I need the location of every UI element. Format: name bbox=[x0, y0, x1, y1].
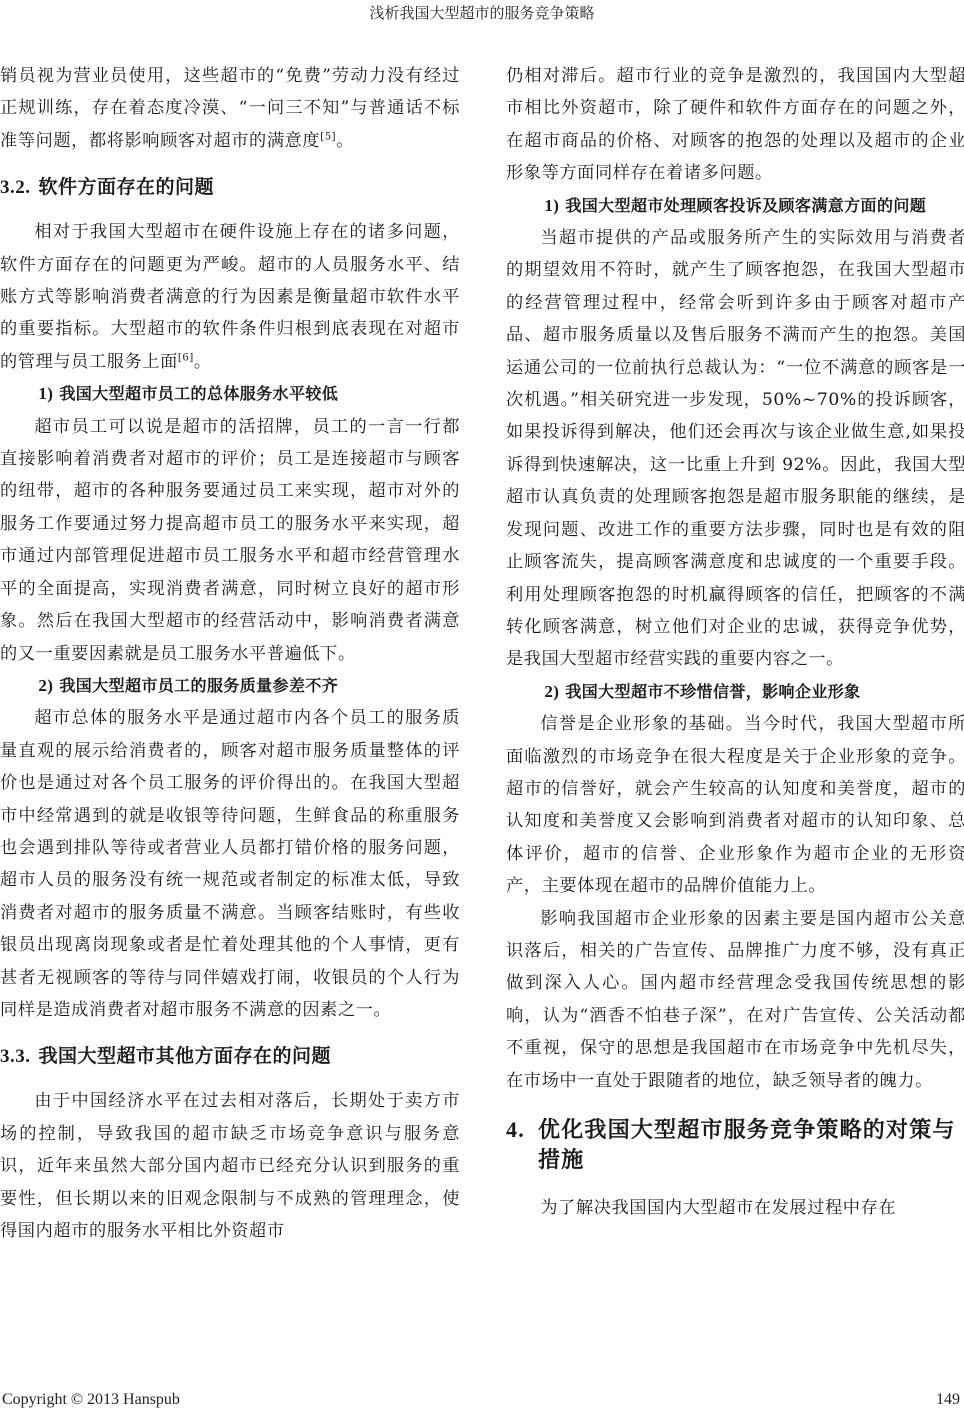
paragraph: 由于中国经济水平在过去相对落后，长期处于卖方市场的控制，导致我国的超市缺乏市场竞… bbox=[0, 1085, 460, 1247]
punctuation: 。 bbox=[336, 131, 354, 151]
section-heading-3-3: 3.3.我国大型超市其他方面存在的问题 bbox=[0, 1042, 460, 1071]
subheading-title: 我国大型超市不珍惜信誉，影响企业形象 bbox=[565, 682, 860, 701]
section-title: 优化我国大型超市服务竞争策略的对策与措施 bbox=[538, 1118, 956, 1173]
subheading-title: 我国大型超市员工的总体服务水平较低 bbox=[59, 384, 338, 403]
subheading-number: 2) bbox=[38, 676, 53, 695]
subheading-number: 1) bbox=[544, 196, 559, 215]
subheading: 1) 我国大型超市处理顾客投诉及顾客满意方面的问题 bbox=[506, 190, 964, 222]
paragraph: 当超市提供的产品或服务所产生的实际效用与消费者的期望效用不符时，就产生了顾客抱怨… bbox=[506, 222, 964, 676]
page-number: 149 bbox=[936, 1391, 960, 1409]
citation-ref[interactable]: [6] bbox=[178, 352, 194, 363]
subheading: 1) 我国大型超市员工的总体服务水平较低 bbox=[0, 378, 460, 410]
section-heading-4: 4.优化我国大型超市服务竞争策略的对策与措施 bbox=[506, 1115, 964, 1176]
citation-ref[interactable]: [5] bbox=[320, 131, 336, 142]
subheading-number: 1) bbox=[38, 384, 53, 403]
paragraph: 仍相对滞后。超市行业的竞争是激烈的，我国国内大型超市相比外资超市，除了硬件和软件… bbox=[506, 60, 964, 190]
paragraph: 销员视为营业员使用，这些超市的“免费”劳动力没有经过正规训练，存在着态度冷漠、“… bbox=[0, 60, 460, 157]
paragraph: 信誉是企业形象的基础。当今时代，我国大型超市所面临激烈的市场竞争在很大程度是关于… bbox=[506, 708, 964, 902]
paragraph-text: 相对于我国大型超市在硬件设施上存在的诸多问题，软件方面存在的问题更为严峻。超市的… bbox=[0, 222, 460, 372]
paragraph: 影响我国超市企业形象的因素主要是国内超市公关意识落后，相关的广告宣传、品牌推广力… bbox=[506, 903, 964, 1097]
punctuation: 。 bbox=[194, 352, 212, 372]
section-title: 软件方面存在的问题 bbox=[39, 176, 215, 198]
running-title: 浅析我国大型超市的服务竞争策略 bbox=[0, 4, 964, 22]
subheading: 2) 我国大型超市不珍惜信誉，影响企业形象 bbox=[506, 676, 964, 708]
section-number: 3.3. bbox=[0, 1046, 31, 1067]
paragraph-text: 销员视为营业员使用，这些超市的“免费”劳动力没有经过正规训练，存在着态度冷漠、“… bbox=[0, 66, 460, 151]
copyright-notice: Copyright © 2013 Hanspub bbox=[2, 1391, 180, 1409]
section-number: 3.2. bbox=[0, 177, 31, 198]
subheading: 2) 我国大型超市员工的服务质量参差不齐 bbox=[0, 670, 460, 702]
section-number: 4. bbox=[506, 1115, 538, 1145]
section-title: 我国大型超市其他方面存在的问题 bbox=[39, 1045, 332, 1067]
left-column: 销员视为营业员使用，这些超市的“免费”劳动力没有经过正规训练，存在着态度冷漠、“… bbox=[0, 60, 460, 1247]
paragraph: 为了解决我国国内大型超市在发展过程中存在 bbox=[506, 1192, 964, 1224]
subheading-number: 2) bbox=[544, 682, 559, 701]
paragraph: 超市总体的服务水平是通过超市内各个员工的服务质量直观的展示给消费者的，顾客对超市… bbox=[0, 702, 460, 1026]
section-heading-3-2: 3.2.软件方面存在的问题 bbox=[0, 173, 460, 202]
subheading-title: 我国大型超市处理顾客投诉及顾客满意方面的问题 bbox=[565, 196, 926, 215]
subheading-title: 我国大型超市员工的服务质量参差不齐 bbox=[59, 676, 338, 695]
paragraph: 超市员工可以说是超市的活招牌，员工的一言一行都直接影响着消费者对超市的评价；员工… bbox=[0, 411, 460, 670]
right-column: 仍相对滞后。超市行业的竞争是激烈的，我国国内大型超市相比外资超市，除了硬件和软件… bbox=[506, 60, 964, 1224]
paragraph: 相对于我国大型超市在硬件设施上存在的诸多问题，软件方面存在的问题更为严峻。超市的… bbox=[0, 216, 460, 378]
